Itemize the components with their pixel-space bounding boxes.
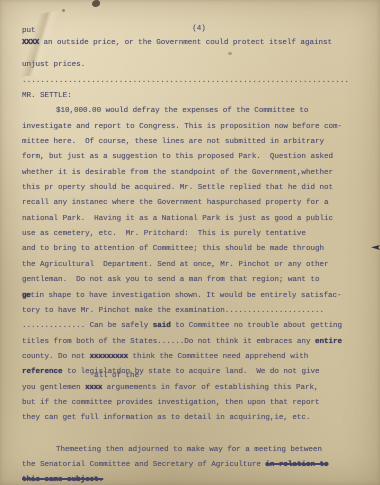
dotted-separator: ........................................… bbox=[22, 74, 352, 89]
typed-over-word: xxxx bbox=[85, 384, 102, 392]
typed-line: and to bring to attention of Committee; … bbox=[22, 242, 352, 257]
typed-line: they can get full information as to deta… bbox=[22, 411, 352, 426]
typed-line: mittee here. Of course, these lines are … bbox=[22, 135, 352, 150]
typed-text: you gentlemen bbox=[22, 384, 85, 392]
typed-line: county. Do not xxxxxxxxx think the Commi… bbox=[22, 350, 352, 365]
typed-line: the Senatorial Committee and Secretary o… bbox=[22, 458, 352, 473]
typed-text: county. Do not bbox=[22, 353, 90, 361]
typed-text: an outside price, or the Government coul… bbox=[39, 39, 332, 47]
typed-line: .............. Can be safely said to Com… bbox=[22, 319, 352, 334]
typed-text-block: (4) putXXXX an outside price, or the Gov… bbox=[22, 22, 352, 485]
typed-line: Themeeting then adjourned to make way fo… bbox=[22, 443, 352, 458]
typed-line: putXXXX an outside price, or the Governm… bbox=[22, 36, 352, 51]
typed-line: $10,000.00 would defray the expenses of … bbox=[22, 104, 352, 119]
paper-speck bbox=[62, 9, 65, 12]
overstruck-word: reference bbox=[22, 368, 63, 376]
typed-line: the Agricultural Department. Send at onc… bbox=[22, 258, 352, 273]
document-page: (4) putXXXX an outside price, or the Gov… bbox=[0, 0, 380, 485]
typed-line: reference to legislatdon by state to acq… bbox=[22, 365, 352, 380]
typed-line: unjust prices. bbox=[22, 58, 352, 73]
typed-line: national Park. Having it as a National P… bbox=[22, 212, 352, 227]
typed-line: investigate and report to Congress. This… bbox=[22, 120, 352, 135]
typed-line: but if the committee provides investigat… bbox=[22, 396, 352, 411]
typed-line: this pr operty should be acquired. Mr. S… bbox=[22, 181, 352, 196]
typed-line: this same subject. bbox=[22, 473, 352, 485]
typed-line: gentleman. Do not ask you to send a man … bbox=[22, 273, 352, 288]
typed-over-word: xxxxxxxxx bbox=[90, 353, 128, 361]
typed-text: titles from both of the States......Do n… bbox=[22, 338, 315, 346]
struck-through-text: this same subject. bbox=[22, 476, 103, 484]
typed-text: think the Committee need apprehend with bbox=[128, 353, 308, 361]
interlinear-insert-all-of-the: all of the bbox=[94, 372, 139, 381]
page-number: (4) bbox=[22, 22, 352, 36]
struck-through-text: in relation to bbox=[265, 461, 328, 469]
typed-line: titles from both of the States......Do n… bbox=[22, 335, 352, 350]
interlinear-insert-put: put bbox=[22, 27, 36, 36]
typed-text: argumements in favor of establishing thi… bbox=[102, 384, 318, 392]
staple-mark bbox=[92, 0, 100, 7]
typed-text: tin shape to have investigation shown. I… bbox=[31, 292, 342, 300]
speaker-heading: MR. SETTLE: bbox=[22, 89, 352, 104]
overstruck-word: said bbox=[153, 322, 171, 330]
typed-line: use as cemetery, etc. Mr. Pritchard: Thi… bbox=[22, 227, 352, 242]
margin-pen-mark bbox=[371, 245, 380, 250]
typed-over-word: XXXX bbox=[22, 39, 39, 47]
typed-line: recall any instanec where the Government… bbox=[22, 196, 352, 211]
typed-text: to Committee no trouble about getting bbox=[171, 322, 342, 330]
typed-text: .............. Can be safely bbox=[22, 322, 153, 330]
typed-line: whether it is desirable from the standpo… bbox=[22, 166, 352, 181]
overstruck-word: entire bbox=[315, 338, 342, 346]
typed-line: tory to have Mr. Pinchot make the examin… bbox=[22, 304, 352, 319]
typed-line: form, but just as a suggestion to this p… bbox=[22, 150, 352, 165]
typed-text: the Senatorial Committee and Secretary o… bbox=[22, 461, 265, 469]
typed-line: getin shape to have investigation shown.… bbox=[22, 289, 352, 304]
typed-over-word: ge bbox=[22, 292, 31, 300]
typed-line: all of theyou gentlemen xxxx argumements… bbox=[22, 381, 352, 396]
